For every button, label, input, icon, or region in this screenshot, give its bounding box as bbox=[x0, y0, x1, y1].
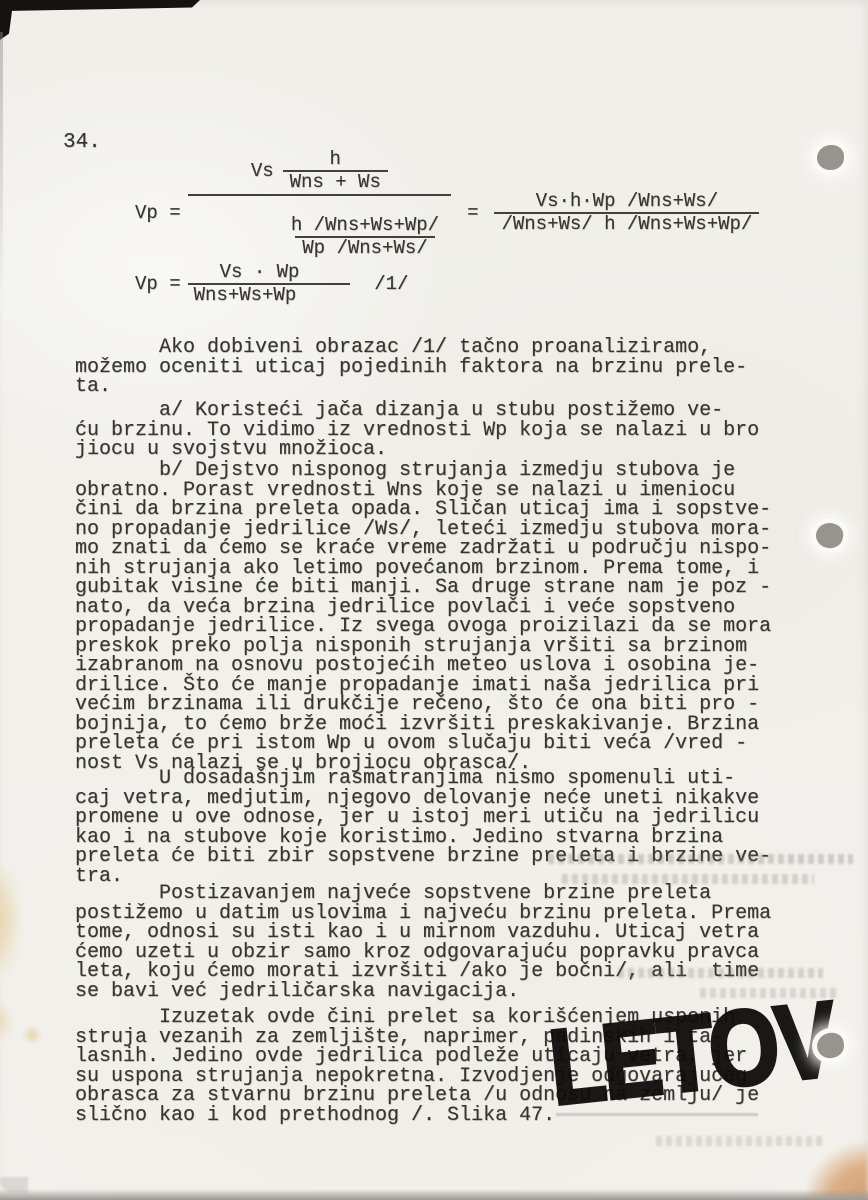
scanned-document-page: 34. Vp = Vs h Wns + Ws h /Wns+Ws+Wp/ Wp … bbox=[0, 0, 868, 1200]
formula-result: Vp = Vs · Wp Wns+Ws+Wp /1/ bbox=[135, 262, 408, 306]
formula-main-fraction: Vs h Wns + Ws h /Wns+Ws+Wp/ Wp /Wns+Ws/ bbox=[188, 148, 451, 278]
formula-lhs: Vp = bbox=[135, 205, 181, 222]
denominator-numerator: h /Wns+Ws+Wp/ bbox=[284, 215, 446, 236]
result-fraction: Vs · Wp Wns+Ws+Wp bbox=[188, 262, 351, 306]
denominator-fraction: h /Wns+Ws+Wp/ Wp /Wns+Ws/ bbox=[284, 215, 446, 259]
inner-numerator: h bbox=[323, 149, 348, 170]
formula-rhs-fraction: Vs·h·Wp /Wns+Ws/ /Wns+Ws/ h /Wns+Ws+Wp/ bbox=[494, 191, 759, 235]
result-numerator: Vs · Wp bbox=[188, 262, 307, 283]
equals-sign: = bbox=[467, 205, 478, 222]
stain bbox=[0, 860, 22, 980]
formula-num-prefix: Vs bbox=[251, 163, 274, 180]
formula-lhs: Vp = bbox=[135, 276, 181, 293]
punch-hole bbox=[817, 145, 844, 170]
stain bbox=[0, 1000, 14, 1044]
ghost-text bbox=[618, 968, 823, 978]
formula-derivation: Vp = Vs h Wns + Ws h /Wns+Ws+Wp/ Wp /Wns… bbox=[135, 148, 759, 278]
scan-bottom-edge bbox=[0, 1189, 868, 1200]
ghost-text bbox=[548, 854, 853, 864]
paragraph-max-speed: Postizavanjem najveće sopstvene brzine p… bbox=[75, 884, 771, 1001]
denominator-denominator: Wp /Wns+Ws/ bbox=[295, 236, 434, 259]
formula-numerator: Vs h Wns + Ws bbox=[247, 148, 392, 194]
formula-inner-fraction: h Wns + Ws bbox=[283, 149, 388, 193]
page-number: 34. bbox=[63, 131, 101, 154]
ghost-text bbox=[656, 1136, 824, 1146]
result-denominator: Wns+Ws+Wp bbox=[188, 283, 351, 306]
stain bbox=[22, 1026, 42, 1044]
rhs-denominator: /Wns+Ws/ h /Wns+Ws+Wp/ bbox=[494, 212, 759, 235]
inner-denominator: Wns + Ws bbox=[283, 170, 388, 193]
paragraph-intro: Ako dobiveni obrazac /1/ tačno proanaliz… bbox=[75, 338, 747, 397]
paragraph-a: a/ Koristeći jača dizanja u stubu postiž… bbox=[75, 401, 759, 460]
letov-stamp: LETOV bbox=[545, 993, 837, 1114]
ghost-text bbox=[562, 874, 814, 884]
scan-left-edge bbox=[0, 32, 3, 292]
paragraph-wind: U dosadašnjim rasmatranjima nismo spomen… bbox=[75, 769, 771, 886]
paragraph-b: b/ Dejstvo nisponog strujanja izmedju st… bbox=[75, 461, 771, 773]
equation-label: /1/ bbox=[374, 276, 408, 293]
punch-hole bbox=[814, 520, 846, 550]
scan-corner-artifact bbox=[0, 0, 200, 42]
rhs-numerator: Vs·h·Wp /Wns+Ws/ bbox=[529, 191, 725, 212]
